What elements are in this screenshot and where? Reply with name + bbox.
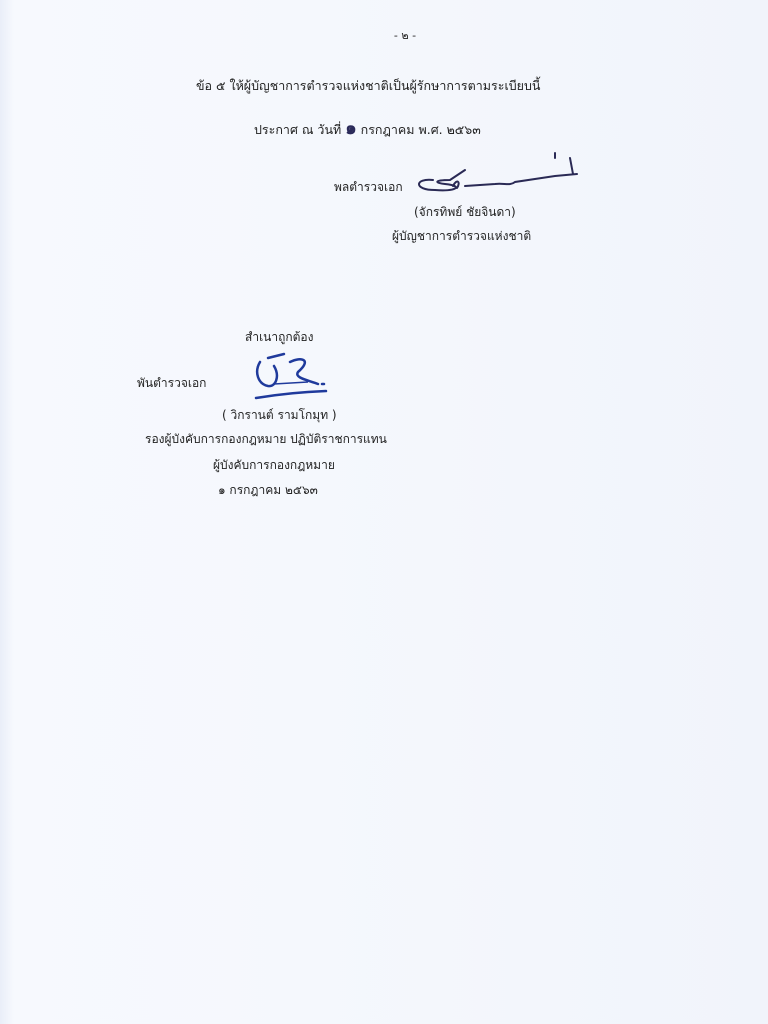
announcement-date: ประกาศ ณ วันที่ ๑ กรกฎาคม พ.ศ. ๒๕๖๓ [254,113,481,142]
signatory-name: (จักรทิพย์ ชัยจินดา) [414,203,516,222]
certifier-position-line2: ผู้บังคับการกองกฎหมาย [213,456,335,475]
certifier-position-line1: รองผู้บังคับการกองกฎหมาย ปฏิบัติราชการแท… [145,430,387,449]
announcement-prefix: ประกาศ ณ วันที่ [254,122,341,137]
signature-icon [405,150,585,200]
signatory-rank: พลตำรวจเอก [334,178,403,197]
certifier-signature-icon [250,350,340,402]
handwritten-day: ๑ [345,118,356,139]
document-page: - ๒ - ข้อ ๕ ให้ผู้บัญชาการตำรวจแห่งชาติเ… [0,0,768,1024]
certification-date: ๑ กรกฎาคม ๒๕๖๓ [218,481,318,500]
announcement-suffix: กรกฎาคม พ.ศ. ๒๕๖๓ [361,122,481,137]
certifier-name: ( วิกรานต์ รามโกมุท ) [222,406,337,425]
signatory-position: ผู้บัญชาการตำรวจแห่งชาติ [392,227,531,246]
certifier-rank: พันตำรวจเอก [137,374,206,393]
clause-text: ข้อ ๕ ให้ผู้บัญชาการตำรวจแห่งชาติเป็นผู้… [196,76,540,96]
page-number: - ๒ - [0,26,768,44]
certified-copy-label: สำเนาถูกต้อง [245,328,314,347]
